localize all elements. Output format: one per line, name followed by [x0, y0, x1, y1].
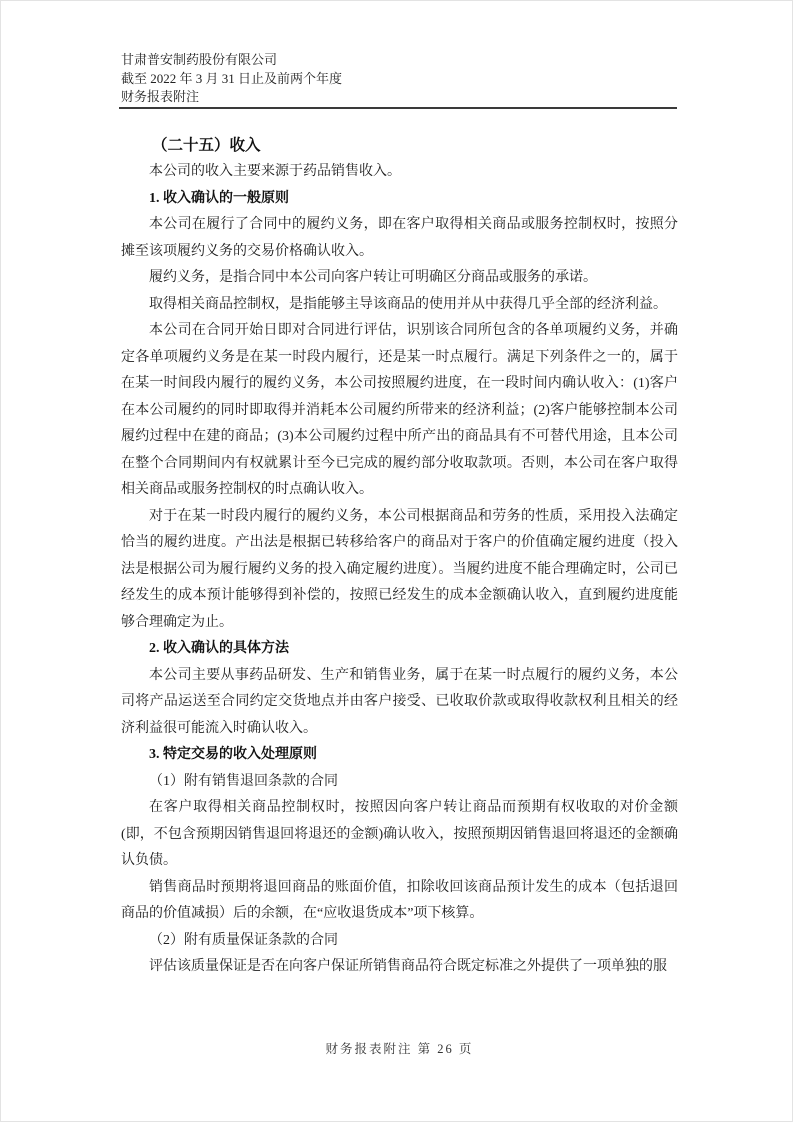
- paragraph: 本公司的收入主要来源于药品销售收入。: [121, 159, 678, 186]
- header-divider: [119, 107, 677, 109]
- document-title: 财务报表附注: [121, 88, 679, 107]
- paragraph: 本公司在合同开始日即对合同进行评估，识别该合同所包含的各单项履约义务，并确定各单…: [121, 318, 678, 504]
- report-period: 截至 2022 年 3 月 31 日止及前两个年度: [121, 70, 679, 89]
- paragraph: 履约义务，是指合同中本公司向客户转让可明确区分商品或服务的承诺。: [121, 265, 678, 292]
- clause-heading: （1）附有销售退回条款的合同: [121, 769, 678, 796]
- document-page: 甘肃普安制药股份有限公司 截至 2022 年 3 月 31 日止及前两个年度 财…: [0, 0, 793, 1122]
- clause-heading: （2）附有质量保证条款的合同: [121, 928, 678, 955]
- paragraph: 销售商品时预期将退回商品的账面价值，扣除收回该商品预计发生的成本（包括退回商品的…: [121, 875, 678, 928]
- paragraph: 在客户取得相关商品控制权时，按照因向客户转让商品而预期有权收取的对价金额(即，不…: [121, 795, 678, 875]
- page-footer: 财务报表附注 第 26 页: [121, 1039, 678, 1057]
- document-body: （二十五）收入 本公司的收入主要来源于药品销售收入。 1. 收入确认的一般原则 …: [121, 132, 678, 981]
- paragraph: 本公司主要从事药品研发、生产和销售业务，属于在某一时点履行的履约义务，本公司将产…: [121, 663, 678, 743]
- company-name: 甘肃普安制药股份有限公司: [121, 51, 679, 70]
- paragraph: 取得相关商品控制权，是指能够主导该商品的使用并从中获得几乎全部的经济利益。: [121, 292, 678, 319]
- subsection-heading: 2. 收入确认的具体方法: [121, 636, 678, 663]
- document-header: 甘肃普安制药股份有限公司 截至 2022 年 3 月 31 日止及前两个年度 财…: [121, 51, 679, 107]
- section-heading: （二十五）收入: [121, 132, 678, 159]
- paragraph: 对于在某一时段内履行的履约义务，本公司根据商品和劳务的性质，采用投入法确定恰当的…: [121, 504, 678, 637]
- paragraph: 评估该质量保证是否在向客户保证所销售商品符合既定标准之外提供了一项单独的服: [121, 954, 678, 981]
- subsection-heading: 3. 特定交易的收入处理原则: [121, 742, 678, 769]
- subsection-heading: 1. 收入确认的一般原则: [121, 186, 678, 213]
- paragraph: 本公司在履行了合同中的履约义务，即在客户取得相关商品或服务控制权时，按照分摊至该…: [121, 212, 678, 265]
